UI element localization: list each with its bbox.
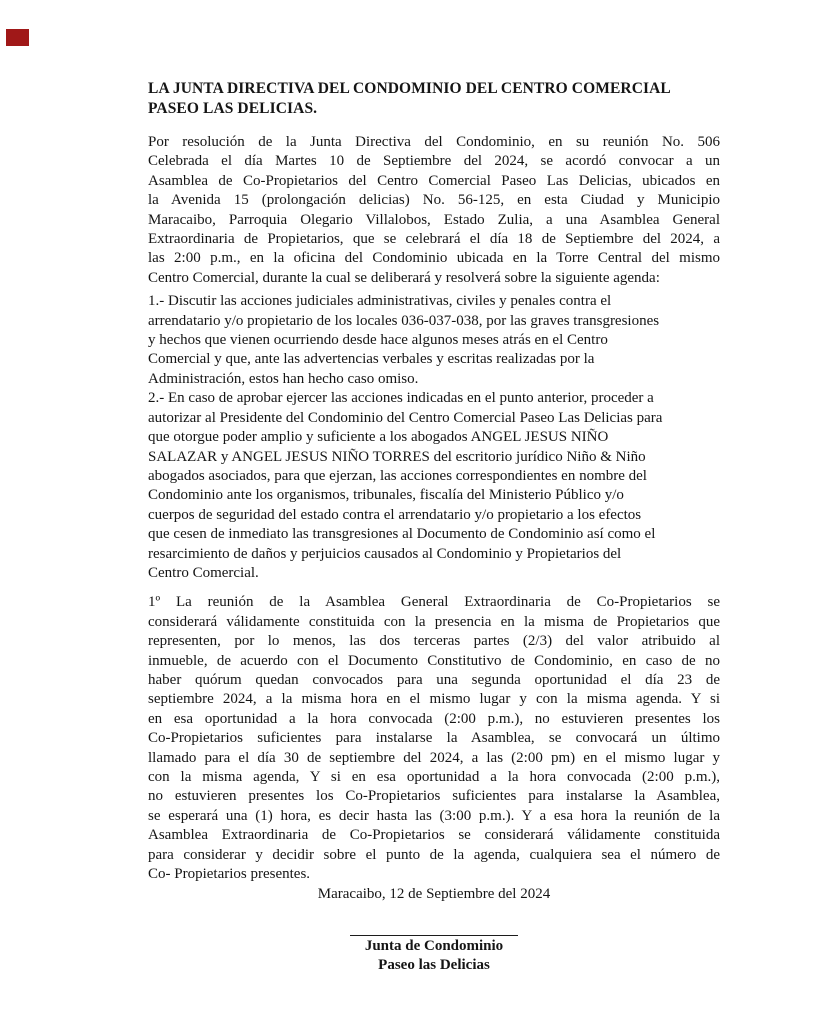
text-line: arrendatario y/o propietario de los loca… xyxy=(148,312,720,331)
text-line: Asamblea de Co-Propietarios del Centro C… xyxy=(148,172,720,191)
text-line: considerará válidamente constituida con … xyxy=(148,613,720,632)
text-line: Asamblea Extraordinaria de Co-Propietari… xyxy=(148,826,720,845)
text-line: Celebrada el día Martes 10 de Septiembre… xyxy=(148,152,720,171)
text-line: 2.- En caso de aprobar ejercer las accio… xyxy=(148,389,720,408)
text-line: Maracaibo, Parroquia Olegario Villalobos… xyxy=(148,211,720,230)
text-line: Extraordinaria de Propietarios, que se c… xyxy=(148,230,720,249)
text-line: se esperará una (1) hora, es decir hasta… xyxy=(148,807,720,826)
text-line: representen, por lo menos, las dos terce… xyxy=(148,632,720,651)
text-line: que cesen de inmediato las transgresione… xyxy=(148,525,720,544)
text-line: resarcimiento de daños y perjuicios caus… xyxy=(148,545,720,564)
text-line: Centro Comercial, durante la cual se del… xyxy=(148,269,720,288)
text-line: las 2:00 p.m., en la oficina del Condomi… xyxy=(148,249,720,268)
text-line: la Avenida 15 (prolongación delicias) No… xyxy=(148,191,720,210)
title-line-1: LA JUNTA DIRECTIVA DEL CONDOMINIO DEL CE… xyxy=(148,79,720,99)
document-title: LA JUNTA DIRECTIVA DEL CONDOMINIO DEL CE… xyxy=(148,79,720,118)
text-line: SALAZAR y ANGEL JESUS NIÑO TORRES del es… xyxy=(148,448,720,467)
title-line-2: PASEO LAS DELICIAS. xyxy=(148,99,720,119)
text-line: Co-Propietarios suficientes para instala… xyxy=(148,729,720,748)
date-line: Maracaibo, 12 de Septiembre del 2024 xyxy=(148,885,720,904)
signature-block: Junta de Condominio Paseo las Delicias xyxy=(148,935,720,976)
text-line: 1º La reunión de la Asamblea General Ext… xyxy=(148,593,720,612)
paragraph-3: 1º La reunión de la Asamblea General Ext… xyxy=(148,593,720,884)
text-line: inmueble, de acuerdo con el Documento Co… xyxy=(148,652,720,671)
text-line: Comercial y que, ante las advertencias v… xyxy=(148,350,720,369)
paragraphs-container: Por resolución de la Junta Directiva del… xyxy=(148,133,720,884)
text-line: para considerar y decidir sobre el punto… xyxy=(148,846,720,865)
text-line: Condominio ante los organismos, tribunal… xyxy=(148,486,720,505)
text-line: Centro Comercial. xyxy=(148,564,720,583)
red-stamp-marker xyxy=(6,29,29,46)
signature-name-2: Paseo las Delicias xyxy=(148,956,720,976)
text-line: que otorgue poder amplio y suficiente a … xyxy=(148,428,720,447)
text-line: con la misma agenda, Y si en esa oportun… xyxy=(148,768,720,787)
text-line: cuerpos de seguridad del estado contra e… xyxy=(148,506,720,525)
text-line: 1.- Discutir las acciones judiciales adm… xyxy=(148,292,720,311)
text-line: no estuvieren presentes los Co-Propietar… xyxy=(148,787,720,806)
text-line: llamado para el día 30 de septiembre del… xyxy=(148,749,720,768)
text-line: haber quórum quedan convocados para una … xyxy=(148,671,720,690)
paragraph-1: Por resolución de la Junta Directiva del… xyxy=(148,133,720,288)
text-line: en esa oportunidad a la hora convocada (… xyxy=(148,710,720,729)
text-line: autorizar al Presidente del Condominio d… xyxy=(148,409,720,428)
text-line: Administración, estos han hecho caso omi… xyxy=(148,370,720,389)
text-line: Por resolución de la Junta Directiva del… xyxy=(148,133,720,152)
signature-name-1: Junta de Condominio xyxy=(148,937,720,957)
text-line: y hechos que vienen ocurriendo desde hac… xyxy=(148,331,720,350)
text-line: abogados asociados, para que ejerzan, la… xyxy=(148,467,720,486)
text-line: Co- Propietarios presentes. xyxy=(148,865,720,884)
document-content: LA JUNTA DIRECTIVA DEL CONDOMINIO DEL CE… xyxy=(148,79,720,976)
paragraph-2: 1.- Discutir las acciones judiciales adm… xyxy=(148,292,720,583)
text-line: septiembre 2024, a la misma hora en el m… xyxy=(148,690,720,709)
signature-rule xyxy=(350,935,518,936)
document-page: LA JUNTA DIRECTIVA DEL CONDOMINIO DEL CE… xyxy=(0,0,819,1024)
